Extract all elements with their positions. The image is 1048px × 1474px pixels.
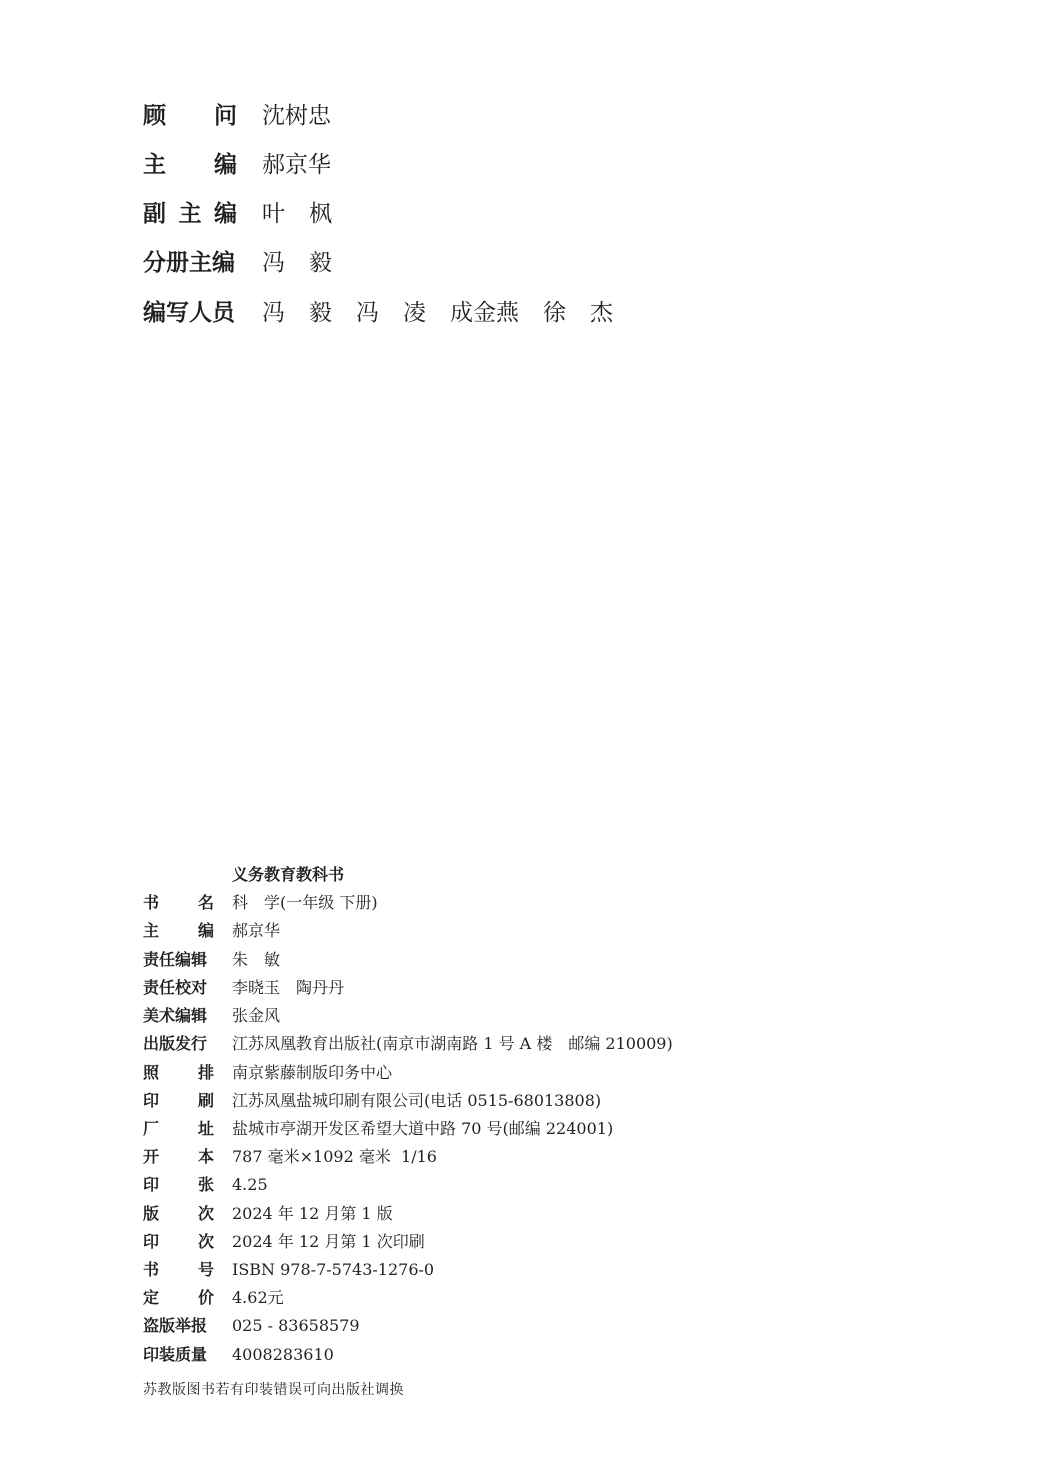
colophon-value: 4.25	[232, 1172, 268, 1198]
name: 成金燕	[450, 297, 519, 329]
colophon-label: 印装质量	[143, 1342, 214, 1368]
label-char: 编	[214, 198, 237, 230]
colophon-row: 印张 4.25	[143, 1172, 943, 1198]
colophon-label: 书号	[143, 1257, 214, 1283]
label-char: 主	[179, 198, 202, 230]
credit-label: 分册主编	[143, 247, 237, 279]
colophon-value: 787 毫米×1092 毫米 1/16	[232, 1144, 437, 1170]
label-char: 印装质量	[143, 1342, 207, 1368]
credit-row-volume-editor: 分册主编 冯 毅	[143, 247, 843, 279]
colophon-label: 版次	[143, 1201, 214, 1227]
colophon-label: 印张	[143, 1172, 214, 1198]
colophon-label: 责任校对	[143, 975, 214, 1001]
colophon-label: 书名	[143, 890, 214, 916]
credit-label: 副 主 编	[143, 198, 237, 230]
label-char: 照	[143, 1060, 159, 1086]
colophon-value: 2024 年 12 月第 1 次印刷	[232, 1229, 425, 1255]
colophon-value: 科 学(一年级 下册)	[232, 890, 378, 916]
label-char: 开	[143, 1144, 159, 1170]
name: 徐	[543, 297, 566, 329]
colophon-label: 厂址	[143, 1116, 214, 1142]
label-char: 名	[198, 890, 214, 916]
name: 沈树忠	[262, 100, 331, 132]
name: 冯	[262, 247, 285, 279]
label-char: 责任编辑	[143, 947, 207, 973]
colophon-value: 张金风	[232, 1003, 280, 1029]
label-char: 价	[198, 1285, 214, 1311]
credit-value: 叶 枫	[262, 198, 332, 230]
colophon-row: 书名 科 学(一年级 下册)	[143, 890, 943, 916]
colophon-value: 江苏凤凰盐城印刷有限公司(电话 0515-68013808)	[232, 1088, 601, 1114]
colophon-value: 江苏凤凰教育出版社(南京市湖南路 1 号 A 楼 邮编 210009)	[232, 1031, 673, 1057]
colophon-row: 定价 4.62元	[143, 1285, 943, 1311]
label-char: 分册主编	[143, 247, 235, 279]
colophon-row: 照排 南京紫藤制版印务中心	[143, 1060, 943, 1086]
name: 叶	[262, 198, 285, 230]
colophon-label: 照排	[143, 1060, 214, 1086]
name: 冯	[356, 297, 379, 329]
footer-note: 苏教版图书若有印装错误可向出版社调换	[143, 1379, 404, 1401]
name: 凌	[403, 297, 426, 329]
credit-row-advisor: 顾 问 沈树忠	[143, 100, 843, 132]
colophon-row: 印装质量 4008283610	[143, 1342, 943, 1368]
label-char: 美术编辑	[143, 1003, 207, 1029]
colophon-row: 印刷 江苏凤凰盐城印刷有限公司(电话 0515-68013808)	[143, 1088, 943, 1114]
label-char: 编写人员	[143, 297, 235, 329]
label-char: 编	[214, 149, 237, 181]
series-title: 义务教育教科书	[232, 862, 344, 888]
colophon-row: 印次 2024 年 12 月第 1 次印刷	[143, 1229, 943, 1255]
name: 郝京华	[262, 149, 331, 181]
label-char: 编	[198, 918, 214, 944]
label-char: 问	[214, 100, 237, 132]
colophon-row: 主编 郝京华	[143, 918, 943, 944]
name: 枫	[309, 198, 332, 230]
credit-value: 郝京华	[262, 149, 331, 181]
label-char: 厂	[143, 1116, 159, 1142]
colophon-value: 2024 年 12 月第 1 版	[232, 1201, 393, 1227]
colophon-row: 版次 2024 年 12 月第 1 版	[143, 1201, 943, 1227]
label-char: 印	[143, 1088, 159, 1114]
colophon-row: 书号 ISBN 978-7-5743-1276-0	[143, 1257, 943, 1283]
colophon-label: 美术编辑	[143, 1003, 214, 1029]
credit-value: 沈树忠	[262, 100, 331, 132]
name: 杰	[590, 297, 613, 329]
label-char: 定	[143, 1285, 159, 1311]
label-char: 副	[143, 198, 166, 230]
colophon-row: 盗版举报 025 - 83658579	[143, 1313, 943, 1339]
label-char: 印	[143, 1172, 159, 1198]
label-char: 主	[143, 149, 166, 181]
colophon-value: 4008283610	[232, 1342, 334, 1368]
label-char: 次	[198, 1229, 214, 1255]
label-char: 书	[143, 1257, 159, 1283]
colophon-value: 025 - 83658579	[232, 1313, 360, 1339]
label-char: 号	[198, 1257, 214, 1283]
colophon-value: 郝京华	[232, 918, 280, 944]
credit-value: 冯 毅 冯 凌 成金燕 徐 杰	[262, 297, 613, 329]
colophon-row: 厂址 盐城市亭湖开发区希望大道中路 70 号(邮编 224001)	[143, 1116, 943, 1142]
label-char: 书	[143, 890, 159, 916]
name: 毅	[309, 297, 332, 329]
label-char: 张	[198, 1172, 214, 1198]
colophon-value: 李晓玉 陶丹丹	[232, 975, 344, 1001]
label-char: 责任校对	[143, 975, 207, 1001]
label-char: 顾	[143, 100, 166, 132]
colophon-label: 印次	[143, 1229, 214, 1255]
colophon-row: 责任校对 李晓玉 陶丹丹	[143, 975, 943, 1001]
label-char: 址	[198, 1116, 214, 1142]
label-char: 版	[143, 1201, 159, 1227]
label-char: 盗版举报	[143, 1313, 207, 1339]
name: 毅	[309, 247, 332, 279]
credit-label: 编写人员	[143, 297, 237, 329]
credit-label: 主 编	[143, 149, 237, 181]
credit-row-writers: 编写人员 冯 毅 冯 凌 成金燕 徐 杰	[143, 297, 843, 329]
label-char: 本	[198, 1144, 214, 1170]
colophon-row: 美术编辑 张金风	[143, 1003, 943, 1029]
colophon-label: 出版发行	[143, 1031, 214, 1057]
colophon-row: 责任编辑 朱 敏	[143, 947, 943, 973]
label-char: 出版发行	[143, 1031, 207, 1057]
colophon-row: 出版发行 江苏凤凰教育出版社(南京市湖南路 1 号 A 楼 邮编 210009)	[143, 1031, 943, 1057]
colophon-label: 责任编辑	[143, 947, 214, 973]
colophon-label: 定价	[143, 1285, 214, 1311]
label-char: 刷	[198, 1088, 214, 1114]
colophon-value: ISBN 978-7-5743-1276-0	[232, 1257, 434, 1283]
credit-row-deputy-editor: 副 主 编 叶 枫	[143, 198, 843, 230]
credit-value: 冯 毅	[262, 247, 332, 279]
label-char: 次	[198, 1201, 214, 1227]
credit-row-chief-editor: 主 编 郝京华	[143, 149, 843, 181]
label-char: 主	[143, 918, 159, 944]
colophon-value: 南京紫藤制版印务中心	[232, 1060, 392, 1086]
credit-label: 顾 问	[143, 100, 237, 132]
colophon-value: 朱 敏	[232, 947, 280, 973]
name: 冯	[262, 297, 285, 329]
colophon-label: 印刷	[143, 1088, 214, 1114]
colophon-row: 开本 787 毫米×1092 毫米 1/16	[143, 1144, 943, 1170]
colophon-label: 开本	[143, 1144, 214, 1170]
colophon-label: 主编	[143, 918, 214, 944]
colophon-value: 4.62元	[232, 1285, 284, 1311]
label-char: 印	[143, 1229, 159, 1255]
label-char: 排	[198, 1060, 214, 1086]
colophon-label: 盗版举报	[143, 1313, 214, 1339]
colophon-value: 盐城市亭湖开发区希望大道中路 70 号(邮编 224001)	[232, 1116, 613, 1142]
